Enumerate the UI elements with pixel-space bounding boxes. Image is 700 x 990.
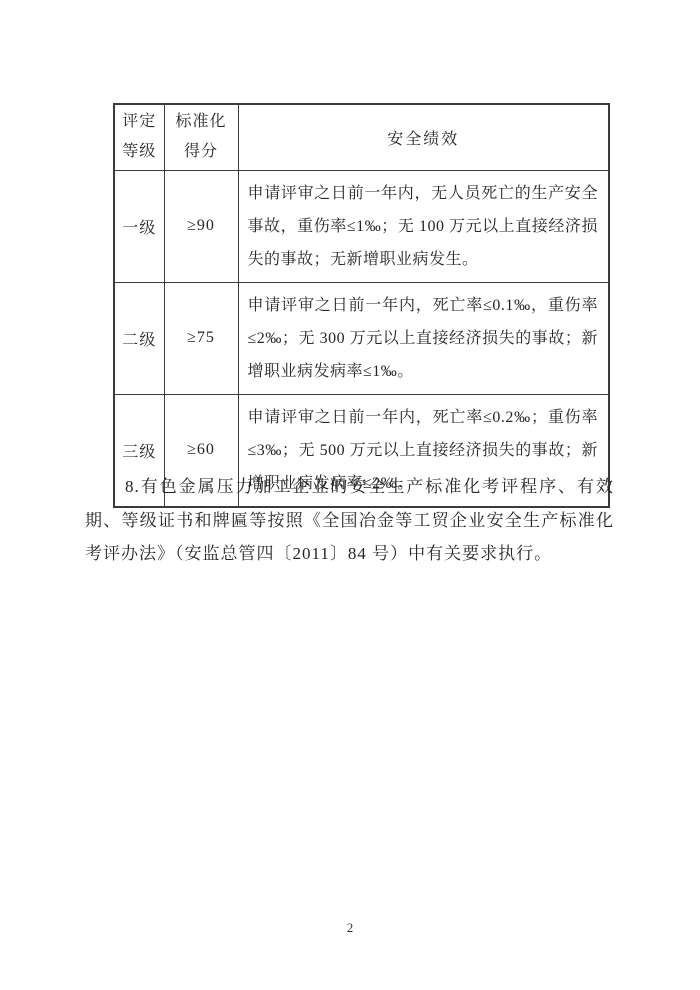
header-cell-rating-level: 评定 等级 [114,104,164,170]
level-cell: 二级 [114,282,164,394]
safety-performance-table: 评定 等级 标准化 得分 安全绩效 一级 ≥90 申请评审之日前一年内，无人员死… [113,103,610,508]
header-label-line: 得分 [165,137,238,167]
header-label-line: 标准化 [165,107,238,137]
performance-cell: 申请评审之日前一年内，死亡率≤0.1‰，重伤率≤2‰；无 300 万元以上直接经… [238,282,609,394]
note-paragraph: 8.有色金属压力加工企业的安全生产标准化考评程序、有效期、等级证书和牌匾等按照《… [85,470,614,571]
document-page: 评定 等级 标准化 得分 安全绩效 一级 ≥90 申请评审之日前一年内，无人员死… [0,0,700,990]
table-header-row: 评定 等级 标准化 得分 安全绩效 [114,104,609,170]
score-cell: ≥90 [164,170,238,282]
score-cell: ≥75 [164,282,238,394]
table-row: 一级 ≥90 申请评审之日前一年内，无人员死亡的生产安全事故，重伤率≤1‰；无 … [114,170,609,282]
performance-cell: 申请评审之日前一年内，无人员死亡的生产安全事故，重伤率≤1‰；无 100 万元以… [238,170,609,282]
table-row: 二级 ≥75 申请评审之日前一年内，死亡率≤0.1‰，重伤率≤2‰；无 300 … [114,282,609,394]
header-label-line: 等级 [115,137,164,167]
level-cell: 一级 [114,170,164,282]
header-cell-standardized-score: 标准化 得分 [164,104,238,170]
header-cell-safety-performance: 安全绩效 [238,104,609,170]
page-number: 2 [0,920,700,936]
header-label-line: 评定 [115,107,164,137]
